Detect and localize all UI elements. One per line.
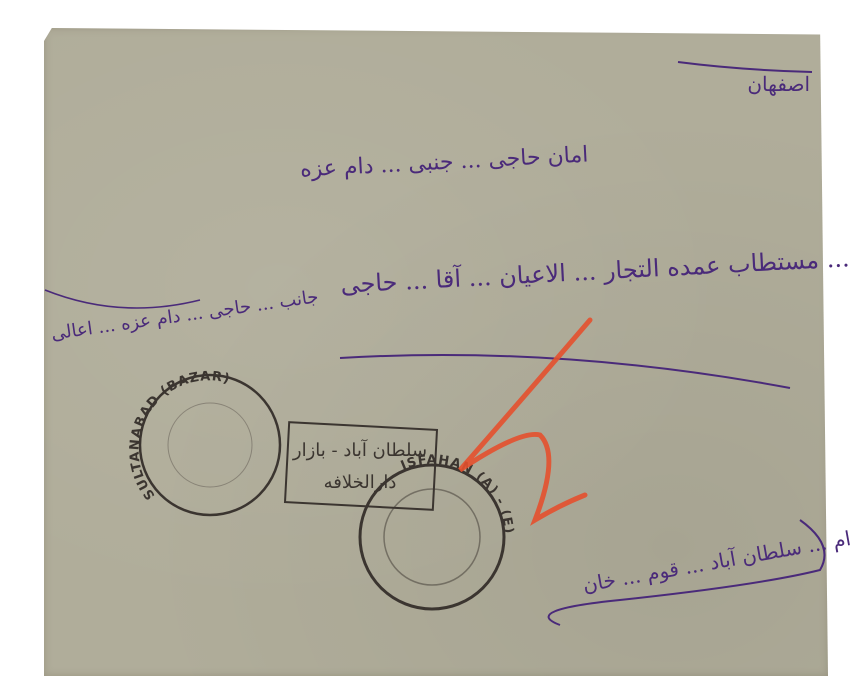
- envelope: [44, 28, 828, 676]
- handwriting-city: اصفهان: [747, 72, 810, 96]
